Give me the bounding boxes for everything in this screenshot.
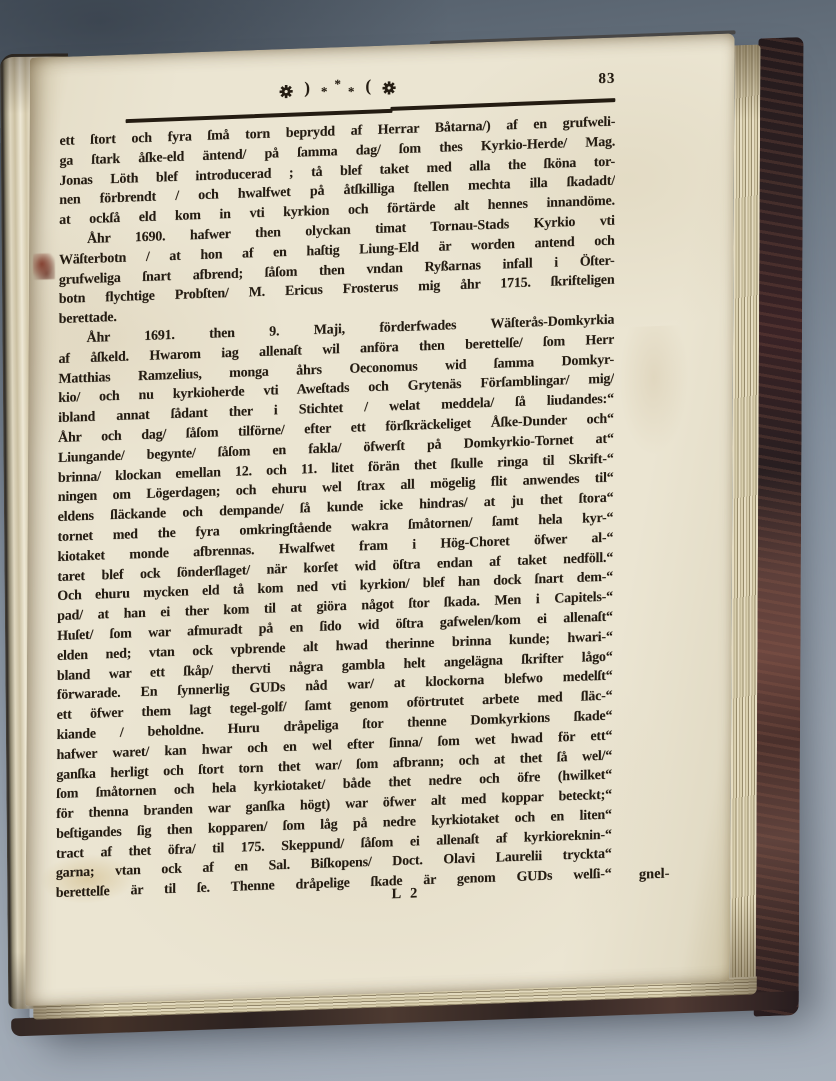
asterism-star: * bbox=[334, 76, 341, 92]
catchword: gnel- bbox=[639, 866, 670, 884]
page-text: ) * * * ( bbox=[56, 66, 616, 914]
asterism-star: * bbox=[348, 84, 355, 100]
rosette-left-icon bbox=[278, 83, 293, 99]
signature-mark: L 2 bbox=[391, 885, 420, 903]
fore-edge bbox=[730, 44, 761, 989]
body-text: ett ſtort och fyra ſmå torn beprydd af H… bbox=[56, 113, 616, 904]
stain-foxing bbox=[619, 325, 690, 457]
page-sheet: ) * * * ( bbox=[25, 33, 734, 1006]
book-tilt: ) * * * ( bbox=[25, 30, 819, 1048]
paren-open: ( bbox=[365, 76, 371, 96]
asterism-star: * bbox=[321, 84, 328, 100]
paren-close: ) bbox=[304, 78, 310, 98]
page-number: 83 bbox=[598, 71, 615, 89]
stain-ink-blot bbox=[33, 253, 55, 280]
asterism-icon: * * * bbox=[321, 81, 355, 98]
rosette-right-icon bbox=[382, 80, 397, 96]
cover-fore-edge bbox=[754, 37, 804, 1017]
